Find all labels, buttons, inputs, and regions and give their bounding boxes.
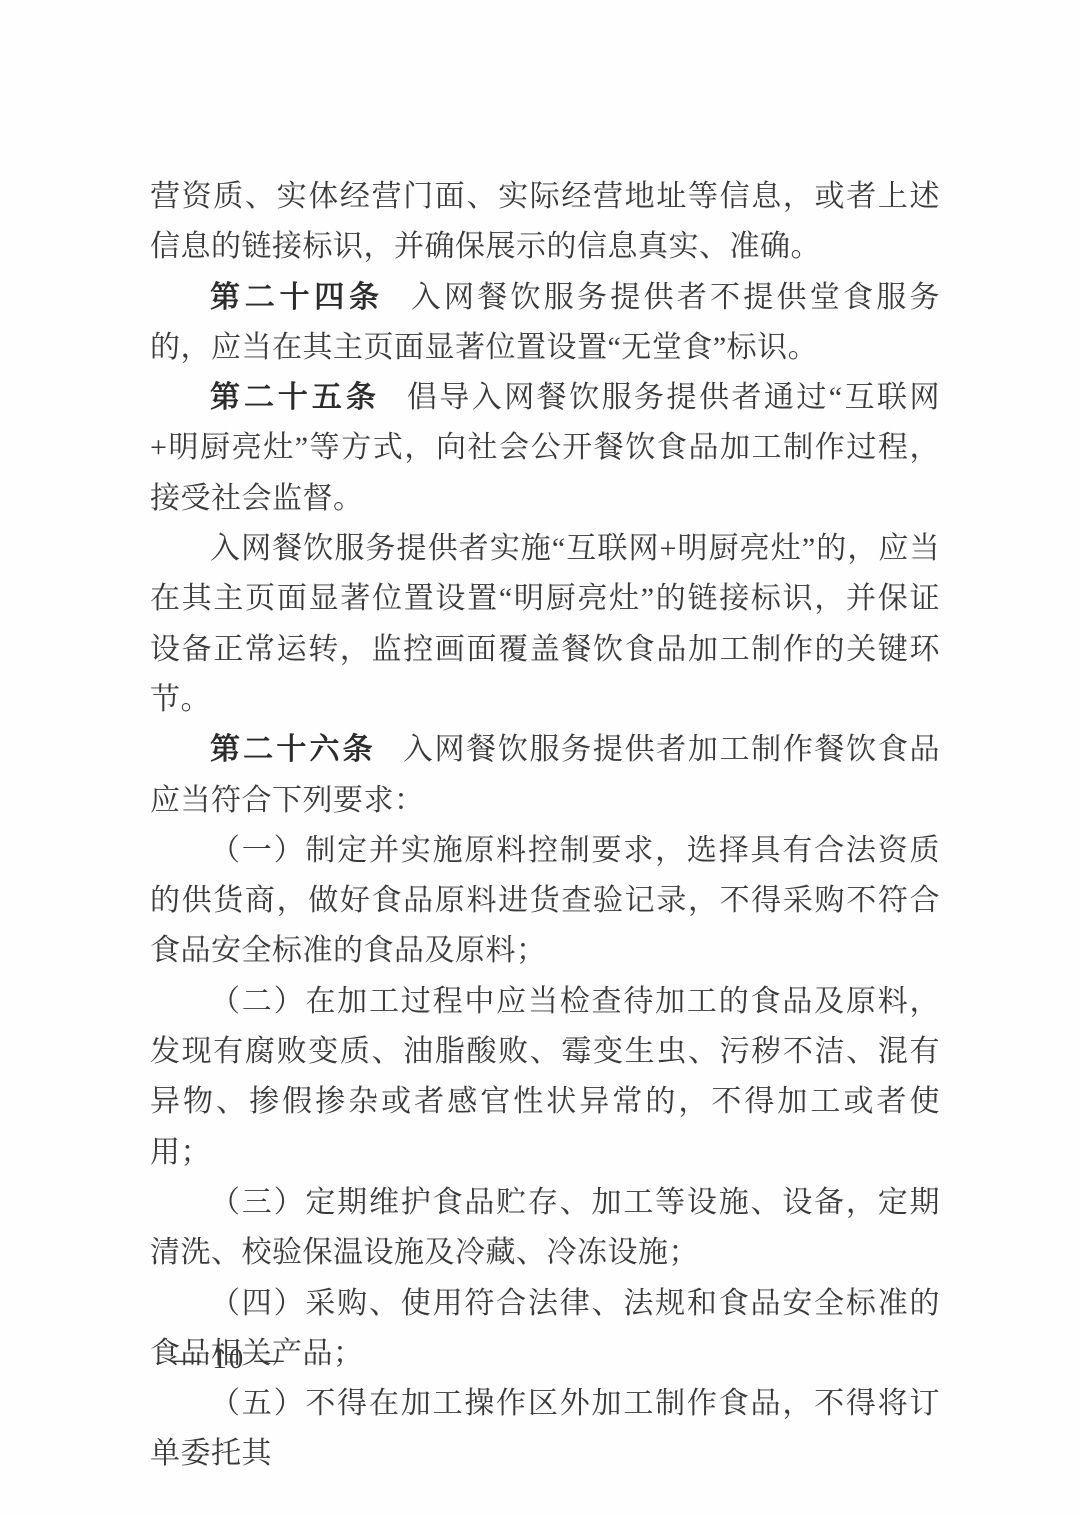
paragraph-item-1: （一）制定并实施原料控制要求，选择具有合法资质的供货商，做好食品原料进货查验记录… — [150, 826, 940, 977]
paragraph-item-2: （二）在加工过程中应当检查待加工的食品及原料，发现有腐败变质、油脂酸败、霉变生虫… — [150, 977, 940, 1178]
paragraph-continuation: 营资质、实体经营门面、实际经营地址等信息，或者上述信息的链接标识，并确保展示的信… — [150, 172, 940, 273]
paragraph-text: （一）制定并实施原料控制要求，选择具有合法资质的供货商，做好食品原料进货查验记录… — [150, 834, 940, 968]
paragraph-article-26: 第二十六条入网餐饮服务提供者加工制作餐饮食品应当符合下列要求： — [150, 725, 940, 826]
paragraph-article-25: 第二十五条倡导入网餐饮服务提供者通过“互联网+明厨亮灶”等方式，向社会公开餐饮食… — [150, 373, 940, 524]
paragraph-item-5: （五）不得在加工操作区外加工制作食品，不得将订单委托其 — [150, 1379, 940, 1480]
paragraph-text: （三）定期维护食品贮存、加工等设施、设备，定期清洗、校验保温设施及冷藏、冷冻设施… — [150, 1186, 940, 1269]
paragraph-article-24: 第二十四条入网餐饮服务提供者不提供堂食服务的，应当在其主页面显著位置设置“无堂食… — [150, 273, 940, 374]
paragraph-text: 营资质、实体经营门面、实际经营地址等信息，或者上述信息的链接标识，并确保展示的信… — [150, 180, 940, 263]
document-page: 营资质、实体经营门面、实际经营地址等信息，或者上述信息的链接标识，并确保展示的信… — [0, 0, 1080, 1515]
paragraph-text: （二）在加工过程中应当检查待加工的食品及原料，发现有腐败变质、油脂酸败、霉变生虫… — [150, 985, 940, 1169]
article-number: 第二十六条 — [210, 733, 376, 766]
page-number-text: — 10 — — [172, 1343, 286, 1375]
paragraph-item-3: （三）定期维护食品贮存、加工等设施、设备，定期清洗、校验保温设施及冷藏、冷冻设施… — [150, 1178, 940, 1279]
page-number: — 10 — — [172, 1343, 286, 1376]
paragraph-text: （五）不得在加工操作区外加工制作食品，不得将订单委托其 — [150, 1387, 940, 1470]
article-number: 第二十五条 — [210, 381, 380, 414]
document-body: 营资质、实体经营门面、实际经营地址等信息，或者上述信息的链接标识，并确保展示的信… — [150, 172, 940, 1480]
article-number: 第二十四条 — [210, 281, 384, 314]
paragraph-article-25-2: 入网餐饮服务提供者实施“互联网+明厨亮灶”的，应当在其主页面显著位置设置“明厨亮… — [150, 524, 940, 725]
paragraph-text: 入网餐饮服务提供者实施“互联网+明厨亮灶”的，应当在其主页面显著位置设置“明厨亮… — [150, 532, 940, 716]
